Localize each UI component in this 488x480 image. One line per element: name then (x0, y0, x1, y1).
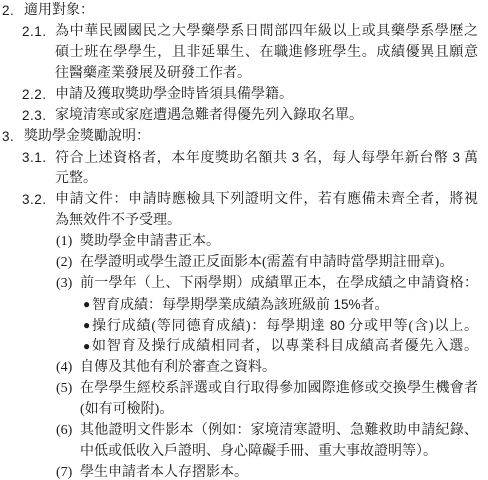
list-line: 3.獎助學金獎勵說明： (0, 126, 478, 147)
line-text: 獎助學金申請書正本。 (80, 231, 478, 252)
list-line: 3.1.符合上述資格者，本年度獎助名額共 3 名，每人每學年新台幣 3 萬 (0, 147, 478, 168)
text-segment: 名，每人每學年新台幣 (299, 151, 452, 166)
list-marker: 3. (2, 126, 14, 147)
line-text: 自傳及其他有利於審查之資料。 (80, 357, 478, 378)
list-line: (如有可檢附)。 (0, 399, 478, 420)
document-body: 2.適用對象：2.1.為中華民國國民之大學藥學系日間部四年級以上或具藥學系學歷之… (0, 0, 478, 480)
list-marker: 2. (2, 0, 14, 21)
list-line: (5)在學學生經校系評選或自行取得參加國際進修或交換學生機會者 (0, 378, 478, 399)
text-segment: 80 (330, 318, 345, 333)
list-marker: (1) (56, 231, 72, 252)
line-text: 碩士班在學學生，且非延畢生、在職進修班學生。成績優異且願意 (55, 42, 478, 63)
list-line: 2.2.申請及獲取獎助學金時皆須具備學籍。 (0, 84, 478, 105)
list-line: 2.適用對象： (0, 0, 478, 21)
list-line: (3)前一學年（上、下兩學期）成績單正本，在學成績之申請資格： (0, 273, 478, 294)
text-segment: 碩士班在學學生，且非延畢生、在職進修班學生。成績優異且願意 (55, 45, 478, 60)
list-line: 2.3.家境清寒或家庭遭遇急難者得優先列入錄取名單。 (0, 105, 478, 126)
line-text: 申請及獲取獎助學金時皆須具備學籍。 (55, 84, 478, 105)
text-segment: 萬 (460, 151, 478, 166)
line-text: 為中華民國國民之大學藥學系日間部四年級以上或具藥學系學歷之 (55, 21, 478, 42)
bullet-icon: ● (83, 294, 90, 315)
text-segment: 元整。 (55, 171, 97, 186)
list-marker: 3.2. (22, 189, 47, 210)
list-line: 元整。 (0, 168, 478, 189)
list-marker: 2.3. (22, 105, 47, 126)
list-marker: (7) (56, 462, 72, 480)
text-segment: 往醫藥產業發展及研發工作者。 (55, 66, 251, 81)
text-segment: 在學學生經校系評選或自行取得參加國際進修或交換學生機會者 (80, 381, 478, 396)
text-segment: 中低或低收入戶證明、身心障礙手冊、重大事故證明等）。 (80, 444, 437, 459)
list-line: (4)自傳及其他有利於審查之資料。 (0, 357, 478, 378)
list-line: 往醫藥產業發展及研發工作者。 (0, 63, 478, 84)
text-segment: 如智育及操行成績相同者，以專業科目成績高者優先入選。 (92, 339, 478, 354)
line-text: 獎助學金獎勵說明： (24, 126, 478, 147)
text-segment: 自傳及其他有利於審查之資料。 (80, 360, 276, 375)
text-segment: 操行成績(等同德育成績)：每學期達 (92, 319, 330, 334)
text-segment: 為中華民國國民之大學藥學系日間部四年級以上或具藥學系學歷之 (55, 24, 478, 39)
text-segment: 符合上述資格者，本年度獎助名額共 (55, 151, 292, 166)
list-line: 中低或低收入戶證明、身心障礙手冊、重大事故證明等）。 (0, 441, 478, 462)
text-segment: 適用對象： (24, 3, 94, 18)
document-page: 2.適用對象：2.1.為中華民國國民之大學藥學系日間部四年級以上或具藥學系學歷之… (0, 0, 488, 480)
text-segment: 為無效件不予受理。 (55, 213, 181, 228)
line-text: 為無效件不予受理。 (55, 210, 478, 231)
list-line: 3.2.申請文件：申請時應檢具下列證明文件，若有應備未齊全者，將視 (0, 189, 478, 210)
text-segment: 學生申請者本人存摺影本。 (80, 465, 248, 480)
line-text: 中低或低收入戶證明、身心障礙手冊、重大事故證明等）。 (80, 441, 478, 462)
line-text: 前一學年（上、下兩學期）成績單正本，在學成績之申請資格： (80, 273, 478, 294)
line-text: 操行成績(等同德育成績)：每學期達 80 分或甲等(含)以上。 (92, 315, 478, 337)
line-text: 學生申請者本人存摺影本。 (80, 462, 478, 480)
line-text: 元整。 (55, 168, 478, 189)
list-line: ●操行成績(等同德育成績)：每學期達 80 分或甲等(含)以上。 (0, 315, 478, 336)
line-text: 其他證明文件影本（例如：家境清寒證明、急難救助申請紀錄、 (80, 420, 478, 441)
list-marker: 2.2. (22, 84, 47, 105)
text-segment: 在學證明或學生證正反面影本(需蓋有申請時當學期註冊章)。 (80, 255, 453, 270)
line-text: 智育成績：每學期學業成績為該班級前 15%者。 (92, 294, 478, 316)
text-segment: 前一學年（上、下兩學期）成績單正本，在學成績之申請資格： (80, 276, 478, 291)
line-text: 如智育及操行成績相同者，以專業科目成績高者優先入選。 (92, 336, 478, 357)
bullet-icon: ● (83, 336, 90, 357)
line-text: (如有可檢附)。 (80, 399, 478, 420)
list-line: 2.1.為中華民國國民之大學藥學系日間部四年級以上或具藥學系學歷之 (0, 21, 478, 42)
text-segment: 3 (452, 150, 460, 165)
line-text: 符合上述資格者，本年度獎助名額共 3 名，每人每學年新台幣 3 萬 (55, 147, 478, 169)
list-line: (1)獎助學金申請書正本。 (0, 231, 478, 252)
line-text: 在學證明或學生證正反面影本(需蓋有申請時當學期註冊章)。 (80, 252, 478, 273)
text-segment: 其他證明文件影本（例如：家境清寒證明、急難救助申請紀錄、 (80, 423, 478, 438)
text-segment: 分或甲等(含)以上。 (345, 319, 478, 334)
list-line: (6)其他證明文件影本（例如：家境清寒證明、急難救助申請紀錄、 (0, 420, 478, 441)
line-text: 在學學生經校系評選或自行取得參加國際進修或交換學生機會者 (80, 378, 478, 399)
list-marker: (6) (56, 420, 72, 441)
text-segment: 獎助學金獎勵說明： (24, 129, 150, 144)
list-line: ●智育成績：每學期學業成績為該班級前 15%者。 (0, 294, 478, 315)
text-segment: 15% (334, 297, 361, 312)
list-line: (7)學生申請者本人存摺影本。 (0, 462, 478, 480)
text-segment: (如有可檢附)。 (80, 402, 173, 417)
line-text: 適用對象： (24, 0, 478, 21)
list-line: 碩士班在學學生，且非延畢生、在職進修班學生。成績優異且願意 (0, 42, 478, 63)
list-line: ●如智育及操行成績相同者，以專業科目成績高者優先入選。 (0, 336, 478, 357)
list-marker: 3.1. (22, 147, 47, 168)
line-text: 申請文件：申請時應檢具下列證明文件，若有應備未齊全者，將視 (55, 189, 478, 210)
list-marker: (4) (56, 357, 72, 378)
bullet-icon: ● (83, 315, 90, 336)
list-line: (2)在學證明或學生證正反面影本(需蓋有申請時當學期註冊章)。 (0, 252, 478, 273)
text-segment: 申請及獲取獎助學金時皆須具備學籍。 (55, 87, 293, 102)
text-segment: 家境清寒或家庭遭遇急難者得優先列入錄取名單。 (55, 108, 363, 123)
text-segment: 獎助學金申請書正本。 (80, 234, 220, 249)
list-marker: (3) (56, 273, 72, 294)
list-line: 為無效件不予受理。 (0, 210, 478, 231)
text-segment: 者。 (361, 298, 389, 313)
line-text: 家境清寒或家庭遭遇急難者得優先列入錄取名單。 (55, 105, 478, 126)
text-segment: 3 (292, 150, 300, 165)
list-marker: (2) (56, 252, 72, 273)
text-segment: 申請文件：申請時應檢具下列證明文件，若有應備未齊全者，將視 (55, 192, 478, 207)
text-segment: 智育成績：每學期學業成績為該班級前 (92, 298, 334, 313)
list-marker: 2.1. (22, 21, 47, 42)
line-text: 往醫藥產業發展及研發工作者。 (55, 63, 478, 84)
list-marker: (5) (56, 378, 72, 399)
